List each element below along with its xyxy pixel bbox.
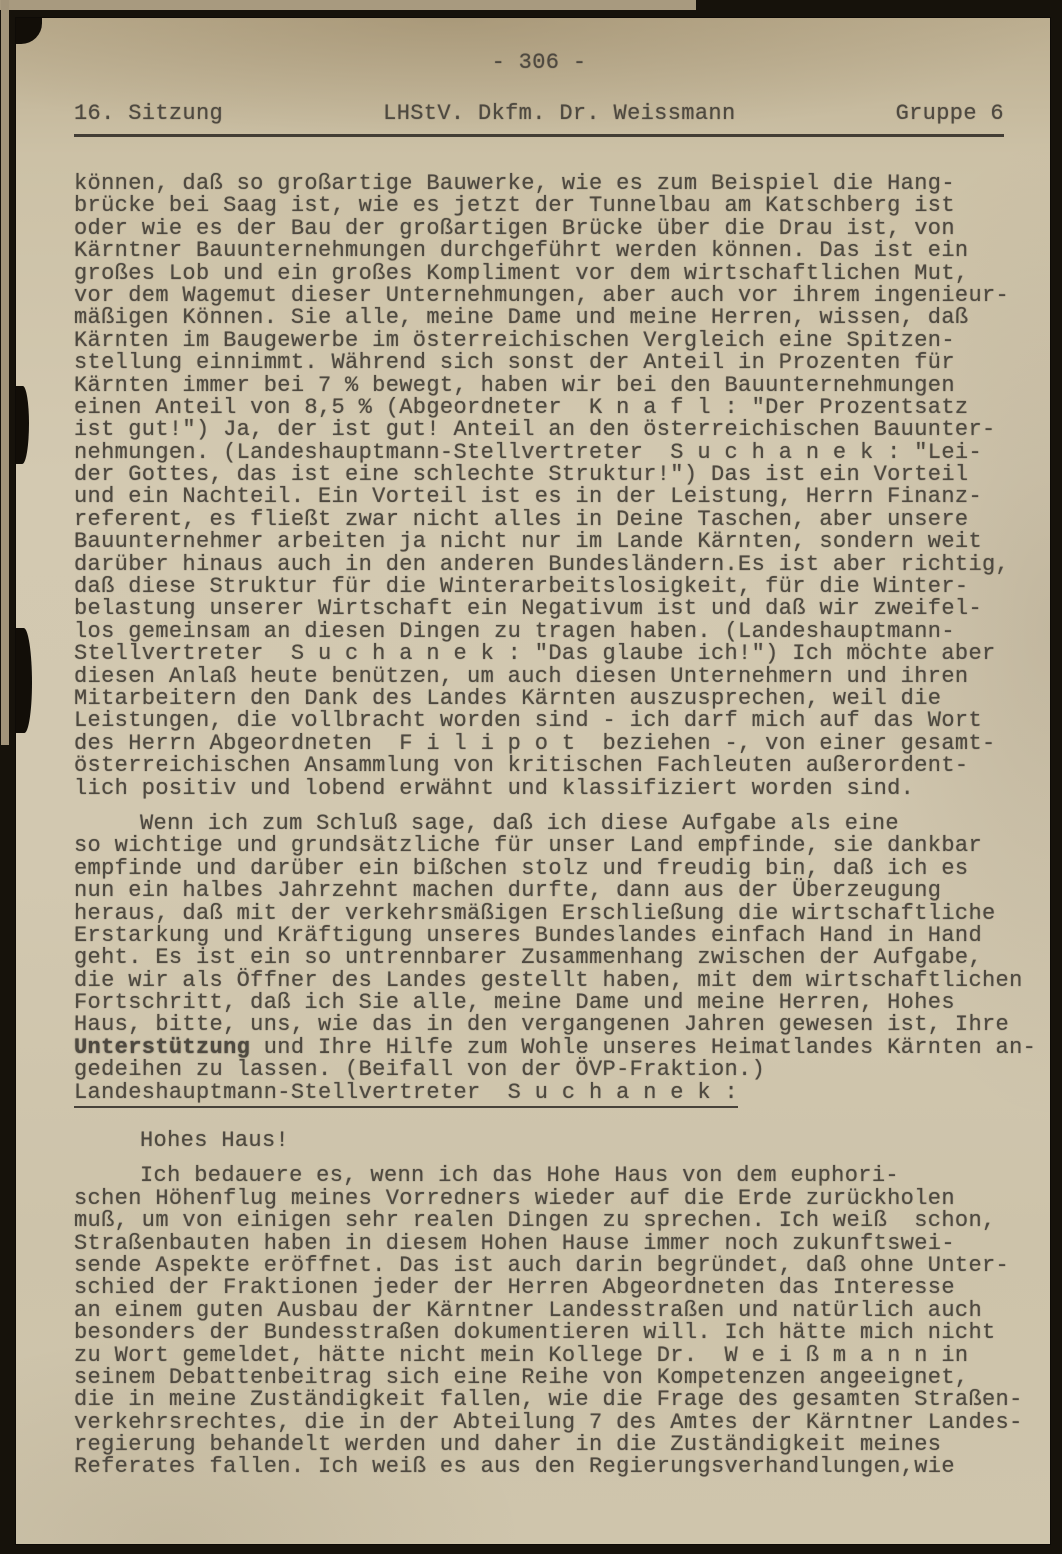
text-line: großes Lob und ein großes Kompliment vor… — [74, 263, 1004, 285]
text-line: los gemeinsam an diesen Dingen zu tragen… — [74, 621, 1004, 643]
text-line: Kärnten im Baugewerbe im österreichische… — [74, 330, 1004, 352]
page-content: - 306 - 16. Sitzung LHStV. Dkfm. Dr. Wei… — [16, 18, 1050, 1479]
text-line: an einem guten Ausbau der Kärntner Lande… — [74, 1300, 1004, 1322]
paragraph: Ich bedauere es, wenn ich das Hohe Haus … — [74, 1165, 1004, 1478]
document-body: können, daß so großartige Bauwerke, wie … — [74, 173, 1004, 1479]
text-line: darüber hinaus auch in den anderen Bunde… — [74, 554, 1004, 576]
paragraph: können, daß so großartige Bauwerke, wie … — [74, 173, 1004, 800]
text-line: seinem Debattenbeitrag sich eine Reihe v… — [74, 1367, 1004, 1389]
text-line: ist gut!") Ja, der ist gut! Anteil an de… — [74, 419, 1004, 441]
text-line: gedeihen zu lassen. (Beifall von der ÖVP… — [74, 1059, 1004, 1081]
text-line: Mitarbeitern den Dank des Landes Kärnten… — [74, 688, 1004, 710]
text-line: der Gottes, das ist eine schlechte Struk… — [74, 464, 1004, 486]
text-line: so wichtige und grundsätzliche für unser… — [74, 835, 1004, 857]
text-line: die in meine Zuständigkeit fallen, wie d… — [74, 1389, 1004, 1411]
text-line: Kärntner Bauunternehmungen durchgeführt … — [74, 240, 1004, 262]
text-line: heraus, daß mit der verkehrsmäßigen Ersc… — [74, 903, 1004, 925]
text-line: können, daß so großartige Bauwerke, wie … — [74, 173, 1004, 195]
text-line: Erstarkung und Kräftigung unseres Bundes… — [74, 925, 1004, 947]
text-line: referent, es fließt zwar nicht alles in … — [74, 509, 1004, 531]
text-line: einen Anteil von 8,5 % (Abgeordneter K n… — [74, 397, 1004, 419]
paragraph: Hohes Haus! — [74, 1130, 1004, 1152]
text-line: regierung behandelt werden und daher in … — [74, 1434, 1004, 1456]
text-line: Ich bedauere es, wenn ich das Hohe Haus … — [74, 1165, 1004, 1187]
text-line: brücke bei Saag ist, wie es jetzt der Tu… — [74, 195, 1004, 217]
text-line: vor dem Wagemut dieser Unternehmungen, a… — [74, 285, 1004, 307]
text-line: sende Aspekte eröffnet. Das ist auch dar… — [74, 1255, 1004, 1277]
text-line: zu Wort gemeldet, hätte nicht mein Kolle… — [74, 1345, 1004, 1367]
text-line: Kärnten immer bei 7 % bewegt, haben wir … — [74, 375, 1004, 397]
text-line: daß diese Struktur für die Winterarbeits… — [74, 576, 1004, 598]
text-line: diesen Anlaß heute benützen, um auch die… — [74, 666, 1004, 688]
text-line: schied der Fraktionen jeder der Herren A… — [74, 1277, 1004, 1299]
speaker-heading: Landeshauptmann-Stellvertreter S u c h a… — [74, 1082, 1004, 1104]
text-line: verkehrsrechtes, die in der Abteilung 7 … — [74, 1412, 1004, 1434]
text-line: des Herrn Abgeordneten F i l i p o t bez… — [74, 733, 1004, 755]
text-line: die wir als Öffner des Landes gestellt h… — [74, 970, 1004, 992]
text-line: geht. Es ist ein so untrennbarer Zusamme… — [74, 947, 1004, 969]
text-line: Haus, bitte, uns, wie das in den vergang… — [74, 1014, 1004, 1036]
paper-page: - 306 - 16. Sitzung LHStV. Dkfm. Dr. Wei… — [16, 18, 1050, 1544]
text-line: Fortschritt, daß ich Sie alle, meine Dam… — [74, 992, 1004, 1014]
text-line: besonders der Bundesstraßen dokumentiere… — [74, 1322, 1004, 1344]
text-line: mäßigen Können. Sie alle, meine Dame und… — [74, 307, 1004, 329]
scan-edge-top — [0, 0, 696, 10]
text-line: Unterstützung und Ihre Hilfe zum Wohle u… — [74, 1037, 1004, 1059]
header-group: Gruppe 6 — [896, 101, 1004, 126]
page-number: - 306 - — [74, 50, 1004, 75]
text-line: und ein Nachteil. Ein Vorteil ist es in … — [74, 486, 1004, 508]
text-line: Leistungen, die vollbracht worden sind -… — [74, 710, 1004, 732]
text-line: österreichischen Ansammlung von kritisch… — [74, 755, 1004, 777]
paragraph: Wenn ich zum Schluß sage, daß ich diese … — [74, 813, 1004, 1082]
text-line: muß, um von einigen sehr realen Dingen z… — [74, 1210, 1004, 1232]
header-speaker-name: LHStV. Dkfm. Dr. Weissmann — [383, 101, 735, 126]
running-header: 16. Sitzung LHStV. Dkfm. Dr. Weissmann G… — [74, 101, 1004, 137]
header-session: 16. Sitzung — [74, 101, 223, 126]
text-line: nehmungen. (Landeshauptmann-Stellvertret… — [74, 442, 1004, 464]
text-line: Stellvertreter S u c h a n e k : "Das gl… — [74, 643, 1004, 665]
text-line: schen Höhenflug meines Vorredners wieder… — [74, 1188, 1004, 1210]
text-line: stellung einnimmt. Während sich sonst de… — [74, 352, 1004, 374]
scan-edge-left — [1, 0, 9, 745]
text-line: Landeshauptmann-Stellvertreter S u c h a… — [74, 1082, 1004, 1104]
text-line: Bauunternehmer arbeiten ja nicht nur im … — [74, 531, 1004, 553]
text-line: nun ein halbes Jahrzehnt machen durfte, … — [74, 880, 1004, 902]
text-line: belastung unserer Wirtschaft ein Negativ… — [74, 598, 1004, 620]
text-line: Wenn ich zum Schluß sage, daß ich diese … — [74, 813, 1004, 835]
text-line: Referates fallen. Ich weiß es aus den Re… — [74, 1456, 1004, 1478]
text-line: lich positiv und lobend erwähnt und klas… — [74, 778, 1004, 800]
text-line: empfinde und darüber ein bißchen stolz u… — [74, 858, 1004, 880]
text-line: Hohes Haus! — [74, 1130, 1004, 1152]
text-line: Straßenbauten haben in diesem Hohen Haus… — [74, 1233, 1004, 1255]
scanned-document-page: { "page": { "page_number": "- 306 -", "h… — [0, 0, 1062, 1554]
text-line: oder wie es der Bau der großartigen Brüc… — [74, 218, 1004, 240]
